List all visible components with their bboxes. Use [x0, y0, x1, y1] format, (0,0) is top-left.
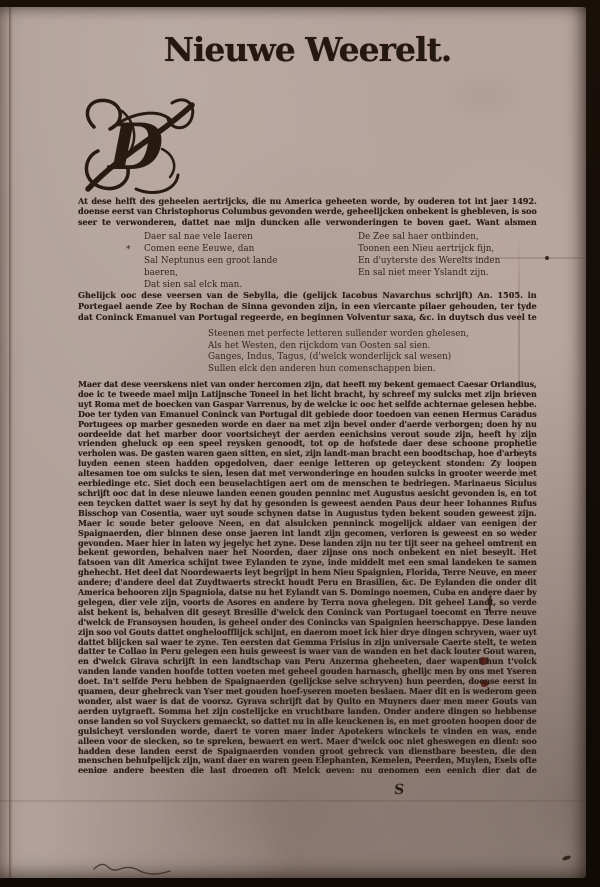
verse-column-left: Daer sal nae vele Iaeren Comen eene Eeuw… — [144, 231, 292, 287]
main-body-paragraph: Maer dat dese veerskens niet van onder h… — [78, 381, 537, 773]
paragraph-1-text: At dese helft des geheelen aertrijcks, d… — [78, 197, 537, 227]
verse-line: De Zee sal haer ontbinden, — [358, 231, 500, 243]
verse-line: Dat sien sal elck man. — [144, 279, 292, 291]
verse-line: Sal Neptunus een groot lande baeren, — [144, 255, 292, 279]
stone-prophecy-verse: Steenen met perfecte letteren sullender … — [208, 329, 537, 377]
book-page: Nieuwe Weerelt. — [0, 7, 586, 878]
paragraph-2-text: Ghelijck ooc dese veersen van de Sebylla… — [78, 291, 537, 327]
verse-marker-asterisk: * — [126, 244, 131, 256]
opening-paragraph: D At dese helft des geheelen aertrijcks,… — [78, 91, 537, 227]
verse-line: En d'uyterste des Werelts inden — [358, 255, 500, 267]
verse-line: Toonen een Nieu aertrijck fijn, — [358, 243, 500, 255]
verse-line: En sal niet meer Yslandt zijn. — [358, 267, 500, 279]
margin-ink-dot — [545, 256, 549, 260]
ink-speck — [562, 855, 572, 862]
text-block: Nieuwe Weerelt. — [78, 29, 537, 799]
gathering-signature-mark: S — [393, 782, 405, 798]
verse-line: Sullen elck den anderen hun comenschappe… — [208, 364, 537, 376]
verse-line: Comen eene Eeuwe, dan — [144, 243, 292, 255]
verse-line: Daer sal nae vele Iaeren — [144, 231, 292, 243]
prophecy-verse-columns: * Daer sal nae vele Iaeren Comen eene Ee… — [144, 231, 537, 287]
book-photograph: Nieuwe Weerelt. — [0, 0, 600, 887]
page-left-fold — [9, 7, 12, 878]
verse-column-right: De Zee sal haer ontbinden, Toonen een Ni… — [358, 231, 500, 287]
sibyl-paragraph: Ghelijck ooc dese veersen van de Sebylla… — [78, 291, 537, 327]
drop-cap-letter: D — [106, 110, 164, 185]
page-title: Nieuwe Weerelt. — [78, 29, 537, 73]
ink-squiggle — [92, 860, 172, 879]
verse-line: Steenen met perfecte letteren sullender … — [208, 329, 537, 341]
ornate-initial-drop-cap: D — [78, 93, 200, 195]
page-crease-horizontal — [0, 800, 586, 802]
paragraph-3-text: Maer dat dese veerskens niet van onder h… — [78, 381, 537, 773]
signature-row: S — [78, 779, 537, 799]
verse-line: Als het Westen, den rijckdom van Oosten … — [208, 341, 537, 353]
verse-line: Ganges, Indus, Tagus, (d'welck wonderlij… — [208, 352, 537, 364]
